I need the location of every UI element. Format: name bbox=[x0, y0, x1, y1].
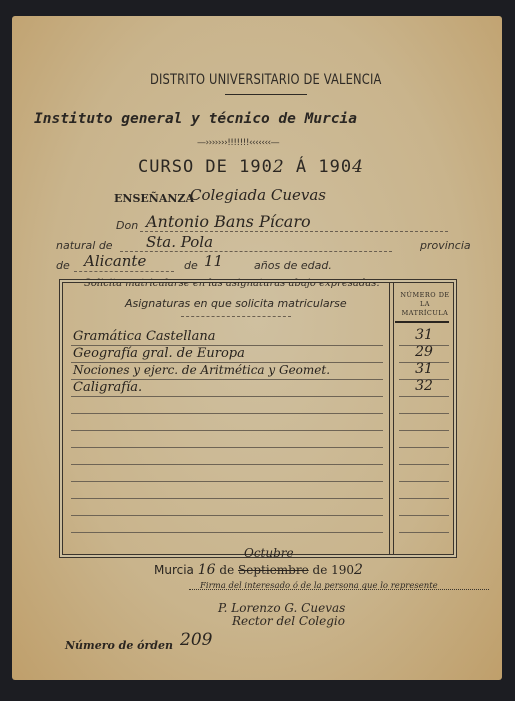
ornament-divider: —›››››››!!!!!!!‹‹‹‹‹‹‹— bbox=[197, 138, 279, 148]
signature: P. Lorenzo G. Cuevas Rector del Colegio bbox=[218, 602, 345, 628]
subject-row: Geografía gral. de Europa bbox=[73, 346, 245, 361]
course-line: CURSO DE 1902 Á 1904 bbox=[138, 157, 364, 177]
signature-line-2: Rector del Colegio bbox=[218, 615, 345, 628]
natural-label: natural de bbox=[56, 239, 113, 252]
number-header: NÚMERO DE LA MATRÍCULA bbox=[399, 291, 451, 318]
day-value: 16 bbox=[198, 562, 216, 578]
row-line bbox=[71, 498, 383, 499]
num-line bbox=[399, 430, 449, 431]
row-line bbox=[71, 481, 383, 482]
num-line bbox=[399, 396, 449, 397]
matricula-number: 29 bbox=[403, 344, 445, 360]
district-heading: DISTRITO UNIVERSITARIO DE VALENCIA bbox=[150, 72, 382, 88]
num-line bbox=[399, 515, 449, 516]
course-year-end: 4 bbox=[352, 157, 364, 177]
don-label: Don bbox=[116, 219, 138, 232]
num-line bbox=[399, 447, 449, 448]
document-page: DISTRITO UNIVERSITARIO DE VALENCIA Insti… bbox=[12, 16, 502, 680]
course-sep: Á 190 bbox=[296, 157, 352, 177]
number-header-rule bbox=[395, 321, 449, 323]
num-line bbox=[399, 464, 449, 465]
row-line bbox=[71, 396, 383, 397]
month-printed: Septiembre bbox=[238, 563, 309, 577]
row-line bbox=[71, 413, 383, 414]
date-line: Murcia 16 de Septiembre de 1902 bbox=[154, 562, 363, 578]
institute-heading: Instituto general y técnico de Murcia bbox=[34, 111, 357, 127]
num-line bbox=[399, 481, 449, 482]
natural-value: Sta. Pola bbox=[146, 233, 213, 251]
de-1: de bbox=[219, 563, 234, 577]
row-line bbox=[71, 464, 383, 465]
age-value: 11 bbox=[204, 252, 223, 270]
provincia-line bbox=[74, 271, 174, 272]
year-hand: 2 bbox=[354, 562, 363, 578]
order-value: 209 bbox=[180, 630, 212, 650]
row-line bbox=[71, 430, 383, 431]
age-suffix: años de edad. bbox=[254, 259, 332, 272]
header-dots bbox=[181, 316, 291, 317]
subjects-table: Asignaturas en que solicita matricularse… bbox=[62, 282, 454, 555]
column-divider bbox=[389, 283, 394, 554]
num-line bbox=[399, 413, 449, 414]
signature-line bbox=[189, 589, 489, 590]
subject-row: Nociones y ejerc. de Aritmética y Geomet… bbox=[73, 363, 330, 377]
name-value: Antonio Bans Pícaro bbox=[146, 212, 311, 231]
subject-row: Gramática Castellana bbox=[73, 329, 215, 344]
city: Murcia bbox=[154, 563, 194, 577]
ensenanza-value: Colegiada Cuevas bbox=[190, 186, 326, 204]
natural-line bbox=[120, 251, 392, 252]
subject-row: Caligrafía. bbox=[73, 380, 142, 395]
course-prefix: CURSO DE 190 bbox=[138, 157, 273, 177]
row-line bbox=[71, 447, 383, 448]
provincia-label: provincia bbox=[420, 239, 471, 252]
de-label: de bbox=[56, 259, 70, 272]
matricula-number: 31 bbox=[403, 361, 445, 377]
matricula-number: 32 bbox=[403, 378, 445, 394]
heading-rule bbox=[225, 94, 307, 95]
order-label: Número de órden bbox=[65, 639, 173, 652]
name-line bbox=[140, 231, 448, 232]
num-line bbox=[399, 498, 449, 499]
matricula-number: 31 bbox=[403, 327, 445, 343]
row-line bbox=[71, 532, 383, 533]
num-line bbox=[399, 532, 449, 533]
ensenanza-label: ENSEÑANZA bbox=[114, 192, 194, 205]
provincia-value: Alicante bbox=[84, 252, 146, 270]
row-line bbox=[71, 515, 383, 516]
age-prefix: de bbox=[184, 259, 198, 272]
subjects-header: Asignaturas en que solicita matricularse bbox=[125, 297, 347, 310]
course-year-start: 2 bbox=[273, 157, 285, 177]
de-2: de 190 bbox=[313, 563, 355, 577]
month-handwritten: Octubre bbox=[244, 546, 294, 560]
